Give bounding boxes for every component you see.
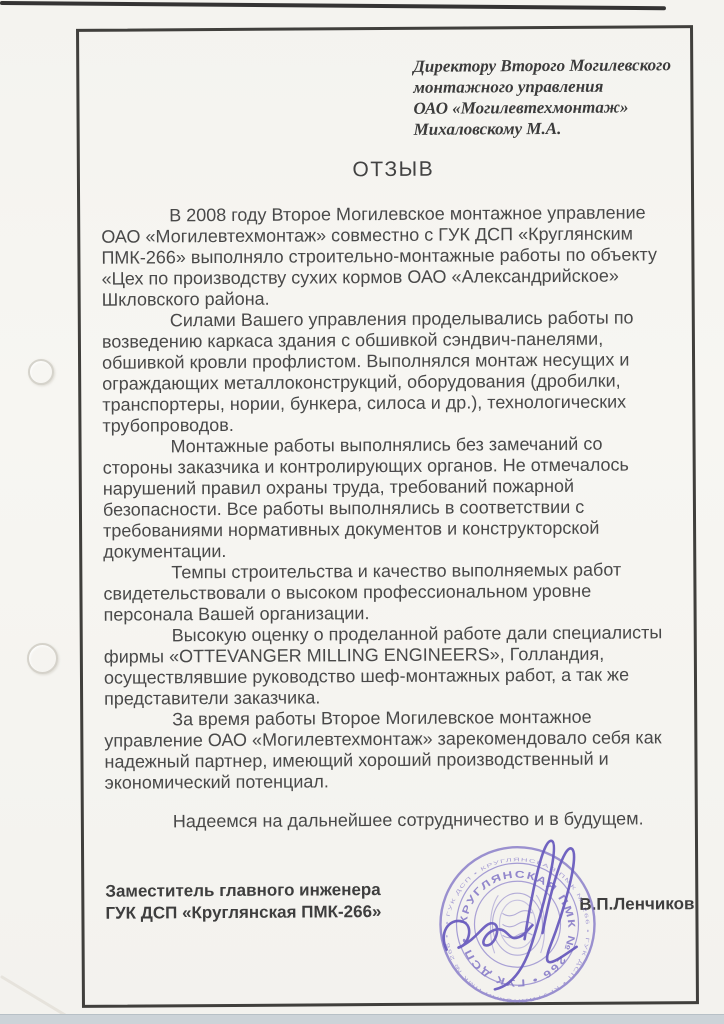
paragraph-2: Силами Вашего управления проделывались р…	[102, 307, 693, 437]
paragraph-1: В 2008 году Второе Могилевское монтажное…	[101, 202, 692, 311]
recipient-block: Директору Второго Могилевского монтажног…	[413, 54, 714, 140]
svg-text:• ГУК ДСП • КРУГЛЯНСКАЯ ПМК №: • ГУК ДСП • КРУГЛЯНСКАЯ ПМК № 266 • ГУК …	[444, 857, 591, 1004]
stamp-ring-text: КРУГЛЯНСКАЯ ПМК № 266 • ГУК ДСП •	[458, 869, 577, 988]
signatory-name: В.П.Ленчиков	[579, 894, 694, 915]
document-body: В 2008 году Второе Могилевское монтажное…	[101, 202, 695, 833]
paragraph-3: Монтажные работы выполнялись без замечан…	[103, 433, 694, 563]
scanner-edge-line	[0, 1, 666, 10]
stamp-emblem	[490, 893, 545, 955]
stamp-micro-text: • ГУК ДСП • КРУГЛЯНСКАЯ ПМК № 266 • ГУК …	[444, 857, 591, 1004]
document-border-frame: Директору Второго Могилевского монтажног…	[76, 25, 699, 1008]
handwritten-signature	[443, 841, 577, 990]
hole-punch-mark	[28, 359, 54, 385]
closing-line: Надеемся на дальнейшее сотрудничество и …	[105, 808, 695, 833]
paragraph-4: Темпы строительства и качество выполняем…	[103, 559, 693, 626]
scanner-bottom-strip	[0, 1014, 724, 1024]
svg-text:КРУГЛЯНСКАЯ ПМК № 266 • ГУ: КРУГЛЯНСКАЯ ПМК № 266 • ГУК ДСП •	[458, 869, 577, 988]
paragraph-5: Высокую оценку о проделанной работе дали…	[104, 622, 695, 710]
document-title: ОТЗЫВ	[101, 156, 686, 184]
signatory-position: Заместитель главного инженера ГУК ДСП «К…	[105, 879, 381, 924]
hole-punch-mark	[27, 643, 58, 674]
paragraph-6: За время работы Второе Могилевское монта…	[104, 706, 695, 794]
stamp-seal: КРУГЛЯНСКАЯ ПМК № 266 • ГУК ДСП • • ГУК …	[440, 847, 595, 1004]
round-stamp-and-signature: КРУГЛЯНСКАЯ ПМК № 266 • ГУК ДСП • • ГУК …	[424, 828, 645, 1024]
